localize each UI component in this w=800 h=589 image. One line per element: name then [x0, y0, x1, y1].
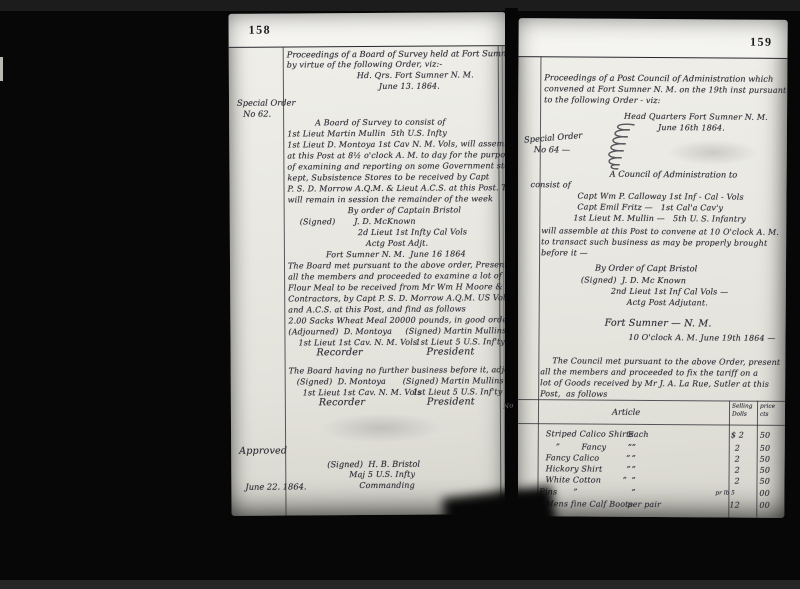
signature-line: Actg Post Adjutant. [627, 298, 708, 309]
handwritten-line: P. S. D. Morrow A.Q.M. & Lieut A.C.S. at… [288, 183, 509, 195]
margin-rule [537, 56, 541, 516]
table-dolls-cell: 12 [729, 501, 740, 511]
table-cts-cell: 50 [760, 444, 771, 454]
table-article-cell: Mens fine Calf Boots [545, 499, 633, 510]
table-article-cell: ” Fancy ” [556, 442, 632, 453]
table-header-article: Article [612, 407, 640, 417]
film-edge-band-bottom [0, 580, 800, 589]
ink-bleedthrough [668, 139, 758, 166]
handwritten-line: Hd. Qrs. Fort Sumner N. M. [357, 70, 474, 81]
table-header-cts: cts [760, 412, 769, 419]
signature-role: Commanding [359, 481, 415, 491]
table-unit-cell: ” [631, 488, 635, 498]
page-header-band [518, 18, 787, 59]
table-unit-cell: ” [632, 443, 636, 453]
table-dolls-cell: 2 [735, 444, 740, 454]
handwritten-line: all the members and proceeded to fix the… [540, 367, 758, 379]
film-edge-scratch [0, 57, 3, 81]
order-label-line: Special Order [237, 97, 295, 107]
table-dolls-cell: $ 2 [731, 431, 744, 441]
signature-line: (Signed) J. D. Mc Known [581, 276, 686, 287]
handwritten-line: will remain in session the remainder of … [288, 194, 493, 205]
handwritten-line: A Council of Administration to [610, 169, 738, 180]
signature-role: Recorder [319, 398, 365, 408]
handwritten-line: will assemble at this Post to convene at… [541, 226, 779, 238]
handwritten-line: before it — [541, 248, 588, 258]
handwritten-line: Fort Sumner — N. M. [605, 319, 712, 330]
handwritten-line: Flour Meal to be received from Mr Wm H M… [288, 282, 508, 293]
handwritten-line: June 13. 1864. [379, 82, 440, 92]
table-dolls-cell: 2 [735, 455, 740, 465]
table-unit-cell: ” [631, 476, 635, 486]
handwritten-line: convened at Fort Sumner N. M. on the 19t… [544, 84, 786, 96]
microfilm-scan-view: No 158 Proceedings of a Board of Survey … [0, 0, 800, 589]
handwritten-line: Contractors, by Capt P. S. D. Morrow A.Q… [288, 293, 508, 304]
table-unit-cell: Each [628, 430, 649, 440]
signature-line: 2d Lieut 1st Infty Cal Vols [358, 227, 467, 238]
signature-line: (Signed) J. D. McKnown [300, 217, 416, 228]
handwritten-line: Fort Sumner N. M. June 16 1864 [326, 249, 466, 260]
page-number: 158 [249, 23, 272, 38]
table-article-cell: Hickory Shirt ” [546, 464, 631, 475]
book-gutter-shadow [505, 8, 518, 520]
gutter-bottom-shadow-right [498, 496, 546, 544]
approval-date: June 22. 1864. [245, 481, 306, 491]
handwritten-line: to transact such business as may be prop… [541, 237, 767, 249]
handwritten-line: and A.C.S. at this Post, and find as fol… [288, 304, 466, 315]
gutter-margin-mark: No [502, 400, 514, 411]
handwritten-line: 1st Lieut Martin Mullin 5th U.S. Infty [287, 129, 447, 140]
signature-role: President [427, 397, 475, 407]
handwritten-line: The Board having no further business bef… [289, 365, 509, 376]
table-unit-cell: ” [632, 454, 636, 464]
handwritten-line: Proceedings of a Board of Survey held at… [287, 48, 509, 60]
signature-line: Actg Post Adjt. [366, 239, 428, 249]
signature-line: (Signed) D. Montoya [297, 377, 386, 388]
handwritten-line: lot of Goods received by Mr J. A. La Rue… [540, 378, 769, 390]
table-article-cell: Fancy Calico ” [546, 453, 631, 464]
table-cts-cell: 00 [759, 501, 770, 511]
handwritten-line: 10 O'clock A. M. June 19th 1864 — [628, 333, 775, 344]
page-left: 158 Proceedings of a Board of Survey hel… [228, 12, 508, 516]
council-member-line: 1st Lieut M. Mullin — 5th U. S. Infantry [573, 213, 746, 224]
table-cts-cell: 00 [759, 489, 770, 499]
table-article-cell: Striped Calico Shirts [546, 429, 634, 440]
handwritten-line: kept, Subsistence Stores to be received … [287, 172, 489, 183]
page-right: 159 Proceedings of a Post Council of Adm… [515, 18, 787, 518]
signature-line: (Signed) Martin Mullins [403, 376, 504, 387]
film-edge-band-top [0, 0, 800, 11]
table-cts-cell: 50 [760, 455, 771, 465]
table-cts-cell: 50 [759, 477, 770, 487]
handwritten-line: 2.00 Sacks Wheat Meal 20000 pounds, in g… [288, 315, 508, 326]
handwritten-line: By Order of Capt Bristol [595, 263, 697, 274]
table-cts-cell: 50 [760, 466, 771, 476]
table-dolls-cell: 2 [735, 466, 740, 476]
table-unit-cell: ” [632, 465, 636, 475]
order-label-line: Special Order [524, 130, 583, 145]
handwritten-line: at this Post at 8½ o'clock A. M. to day … [287, 150, 508, 161]
handwritten-line: Head Quarters Fort Sumner N. M. [624, 112, 768, 123]
order-label-line: No 64 — [534, 144, 570, 154]
handwritten-line: all the members and proceeded to examine… [288, 271, 502, 282]
handwritten-line: The Board met pursuant to the above orde… [288, 260, 508, 271]
handwritten-line: By order of Captain Bristol [348, 205, 461, 216]
table-header-rule [516, 423, 785, 426]
table-header-dolls: Dolls [732, 412, 747, 419]
handwritten-line: to the following Order - viz: [544, 95, 660, 106]
signature-role: Recorder [317, 348, 363, 358]
handwritten-line: consist of [531, 180, 571, 190]
table-column-rule-cts [756, 401, 758, 518]
handwritten-line: Post, as follows [540, 389, 608, 399]
ink-bleedthrough [321, 413, 441, 444]
council-member-line: Capt Wm P. Calloway 1st Inf - Cal - Vols [577, 191, 743, 202]
signature-line: Maj 5 U.S. Infty [349, 470, 415, 480]
approval-label: Approved [239, 447, 287, 457]
order-coil-flourish-icon [604, 122, 638, 174]
table-unit-cell: per pair [627, 500, 661, 510]
handwritten-line: by virtue of the following Order, viz:- [287, 60, 443, 71]
handwritten-line: June 16th 1864. [658, 123, 725, 133]
handwritten-line: Proceedings of a Post Council of Adminis… [544, 72, 773, 84]
signature-role: President [427, 347, 475, 357]
handwritten-line: The Council met pursuant to the above Or… [552, 356, 780, 368]
signature-line: (Adjourned) D. Montoya [288, 327, 392, 338]
table-header-selling: Selling [732, 404, 752, 411]
table-header-price: price [760, 404, 775, 411]
signature-line: (Signed) Martin Mullins [405, 326, 506, 337]
signature-line: 2nd Lieut 1st Inf Cal Vols — [611, 287, 729, 298]
table-dolls-cell: 2 [734, 477, 739, 487]
council-member-line: Capt Emil Fritz — 1st Cal'a Cav'y [577, 202, 723, 213]
table-top-rule [516, 399, 785, 402]
handwritten-line: 1st Lieut D. Montoya 1st Cav N. M. Vols,… [287, 139, 508, 150]
page-number: 159 [750, 35, 773, 50]
table-dolls-note: pr lb 5 [715, 490, 734, 497]
handwritten-line: A Board of Survey to consist of [315, 118, 445, 129]
order-label-line: No 62. [243, 109, 271, 119]
table-article-cell: White Cotton ” [545, 475, 626, 486]
handwritten-line: of examining and reporting on some Gover… [287, 161, 508, 172]
signature-line: (Signed) H. B. Bristol [327, 459, 420, 470]
table-cts-cell: 50 [760, 431, 771, 441]
